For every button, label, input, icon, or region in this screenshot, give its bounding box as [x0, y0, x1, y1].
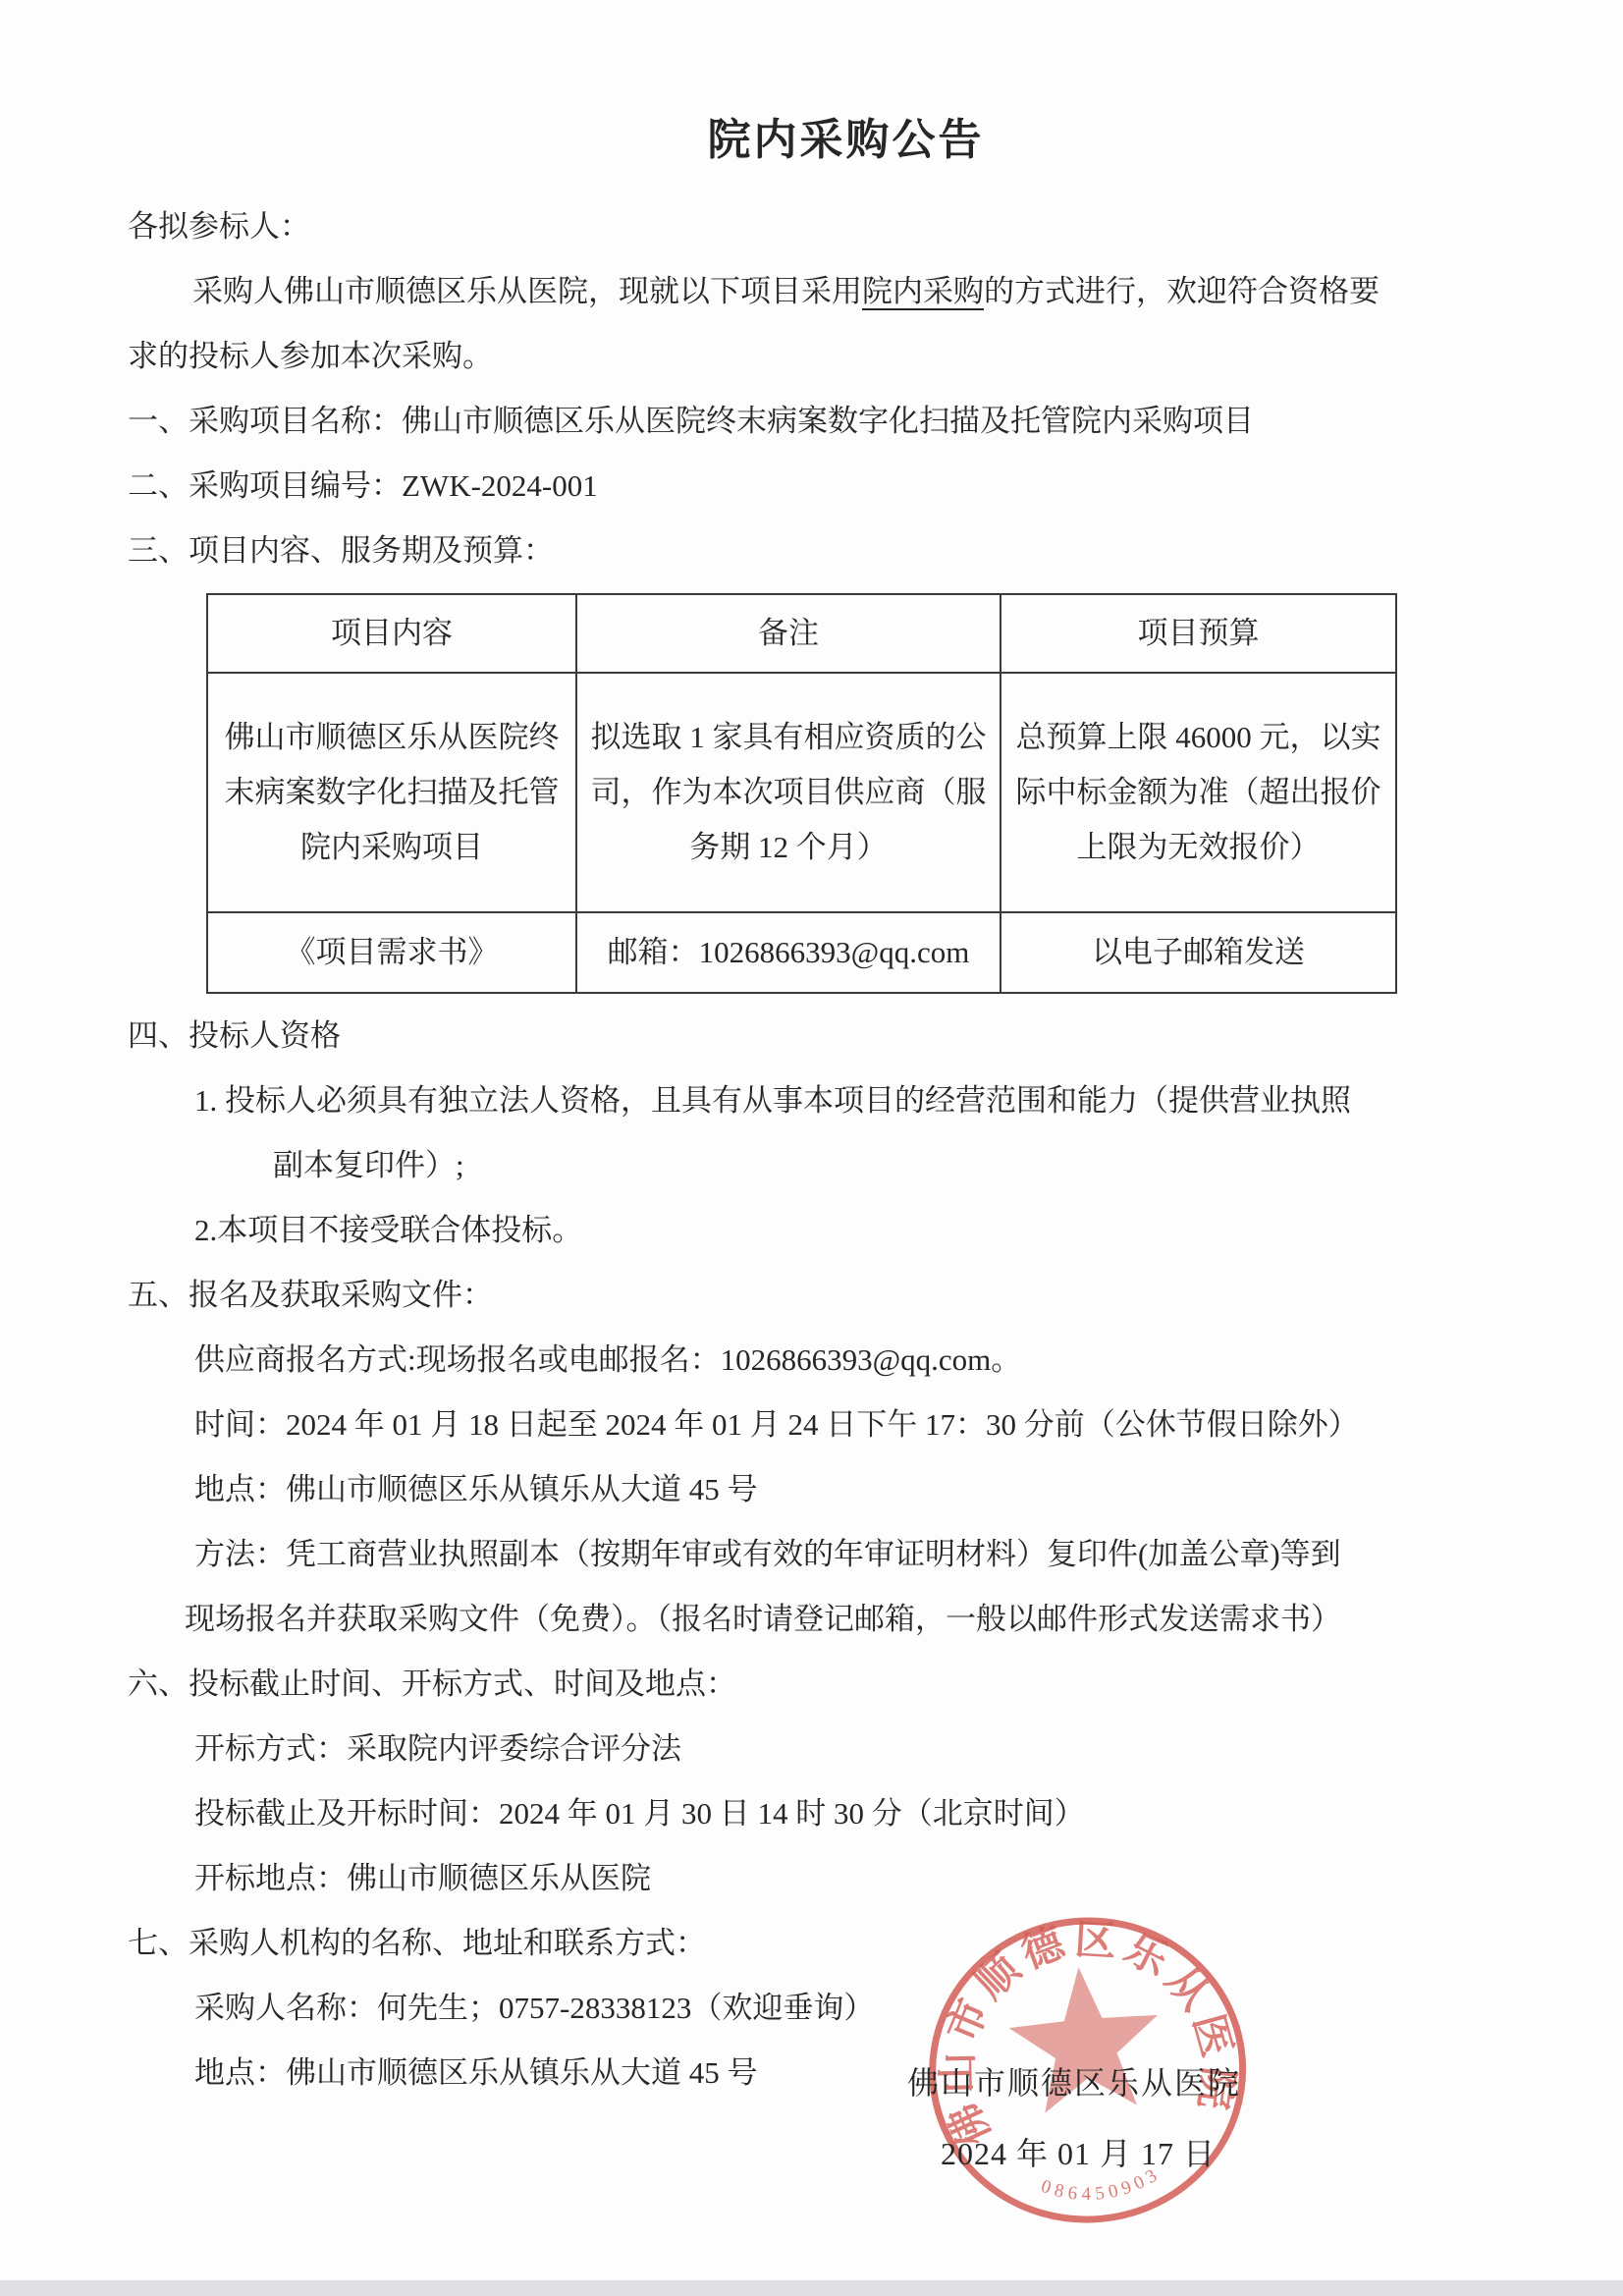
- signature-organization: 佛山市顺德区乐从医院: [907, 2058, 1241, 2104]
- section-2-heading: 二、采购项目编号：ZWK-2024-001: [128, 454, 1564, 519]
- section-5-location: 地点：佛山市顺德区乐从镇乐从大道 45 号: [128, 1457, 1564, 1522]
- scan-edge-artifact: [0, 2280, 1623, 2296]
- table-header-row: 项目内容 备注 项目预算: [207, 594, 1396, 673]
- section-5-heading: 五、报名及获取采购文件：: [128, 1263, 1564, 1328]
- table-header-content: 项目内容: [207, 594, 576, 673]
- cell-project-remark: 拟选取 1 家具有相应资质的公司，作为本次项目供应商（服务期 12 个月）: [576, 673, 1001, 912]
- section-5-method-line-1: 方法：凭工商营业执照副本（按期年审或有效的年审证明材料）复印件(加盖公章)等到: [128, 1522, 1564, 1587]
- table-row: 《项目需求书》 邮箱：1026866393@qq.com 以电子邮箱发送: [207, 912, 1396, 993]
- section-3-heading: 三、项目内容、服务期及预算：: [128, 519, 1564, 583]
- document-content: 院内采购公告 各拟参标人： 采购人佛山市顺德区乐从医院，现就以下项目采用院内采购…: [0, 0, 1623, 2105]
- signature-date: 2024 年 01 月 17 日: [941, 2129, 1216, 2174]
- budget-table: 项目内容 备注 项目预算 佛山市顺德区乐从医院终末病案数字化扫描及托管院内采购项…: [206, 593, 1397, 994]
- section-5-method-line-2: 现场报名并获取采购文件（免费）。（报名时请登记邮箱，一般以邮件形式发送需求书）: [128, 1587, 1564, 1652]
- section-6-bid-opening-method: 开标方式：采取院内评委综合评分法: [128, 1717, 1564, 1781]
- cell-project-content: 佛山市顺德区乐从医院终末病案数字化扫描及托管院内采购项目: [207, 673, 576, 912]
- section-4-item-1-line-1: 1. 投标人必须具有独立法人资格，且具有从事本项目的经营范围和能力（提供营业执照: [128, 1068, 1564, 1133]
- section-4-item-1-line-2: 副本复印件）;: [128, 1133, 1564, 1198]
- section-6-deadline: 投标截止及开标时间：2024 年 01 月 30 日 14 时 30 分（北京时…: [128, 1781, 1564, 1846]
- cell-email: 邮箱：1026866393@qq.com: [576, 912, 1001, 993]
- section-6-opening-location: 开标地点：佛山市顺德区乐从医院: [128, 1846, 1564, 1911]
- intro-text-pre: 采购人佛山市顺德区乐从医院，现就以下项目采用: [192, 274, 862, 308]
- section-4-item-2: 2.本项目不接受联合体投标。: [128, 1198, 1564, 1263]
- section-1-heading: 一、采购项目名称：佛山市顺德区乐从医院终末病案数字化扫描及托管院内采购项目: [128, 389, 1564, 454]
- section-5-registration: 供应商报名方式:现场报名或电邮报名：1026866393@qq.com。: [128, 1328, 1564, 1393]
- section-4-heading: 四、投标人资格: [128, 1004, 1564, 1068]
- cell-project-budget: 总预算上限 46000 元，以实际中标金额为准（超出报价上限为无效报价）: [1001, 673, 1396, 912]
- cell-requirement-doc: 《项目需求书》: [207, 912, 576, 993]
- table-row: 佛山市顺德区乐从医院终末病案数字化扫描及托管院内采购项目 拟选取 1 家具有相应…: [207, 673, 1396, 912]
- salutation: 各拟参标人：: [128, 194, 1564, 259]
- table-header-remark: 备注: [576, 594, 1001, 673]
- intro-line-2: 求的投标人参加本次采购。: [128, 324, 1564, 389]
- section-7-address: 地点：佛山市顺德区乐从镇乐从大道 45 号: [128, 2041, 1564, 2105]
- page-title: 院内采购公告: [128, 116, 1564, 165]
- section-7-contact: 采购人名称：何先生；0757-28338123（欢迎垂询）: [128, 1976, 1564, 2041]
- cell-send-method: 以电子邮箱发送: [1001, 912, 1396, 993]
- intro-text-underlined: 院内采购: [862, 274, 984, 308]
- section-5-time: 时间：2024 年 01 月 18 日起至 2024 年 01 月 24 日下午…: [128, 1393, 1564, 1457]
- intro-text-post: 的方式进行，欢迎符合资格要: [984, 274, 1380, 308]
- intro-line-1: 采购人佛山市顺德区乐从医院，现就以下项目采用院内采购的方式进行，欢迎符合资格要: [128, 259, 1564, 324]
- document-page: 院内采购公告 各拟参标人： 采购人佛山市顺德区乐从医院，现就以下项目采用院内采购…: [0, 0, 1623, 2296]
- table-header-budget: 项目预算: [1001, 594, 1396, 673]
- section-6-heading: 六、投标截止时间、开标方式、时间及地点：: [128, 1652, 1564, 1717]
- section-7-heading: 七、采购人机构的名称、地址和联系方式：: [128, 1911, 1564, 1976]
